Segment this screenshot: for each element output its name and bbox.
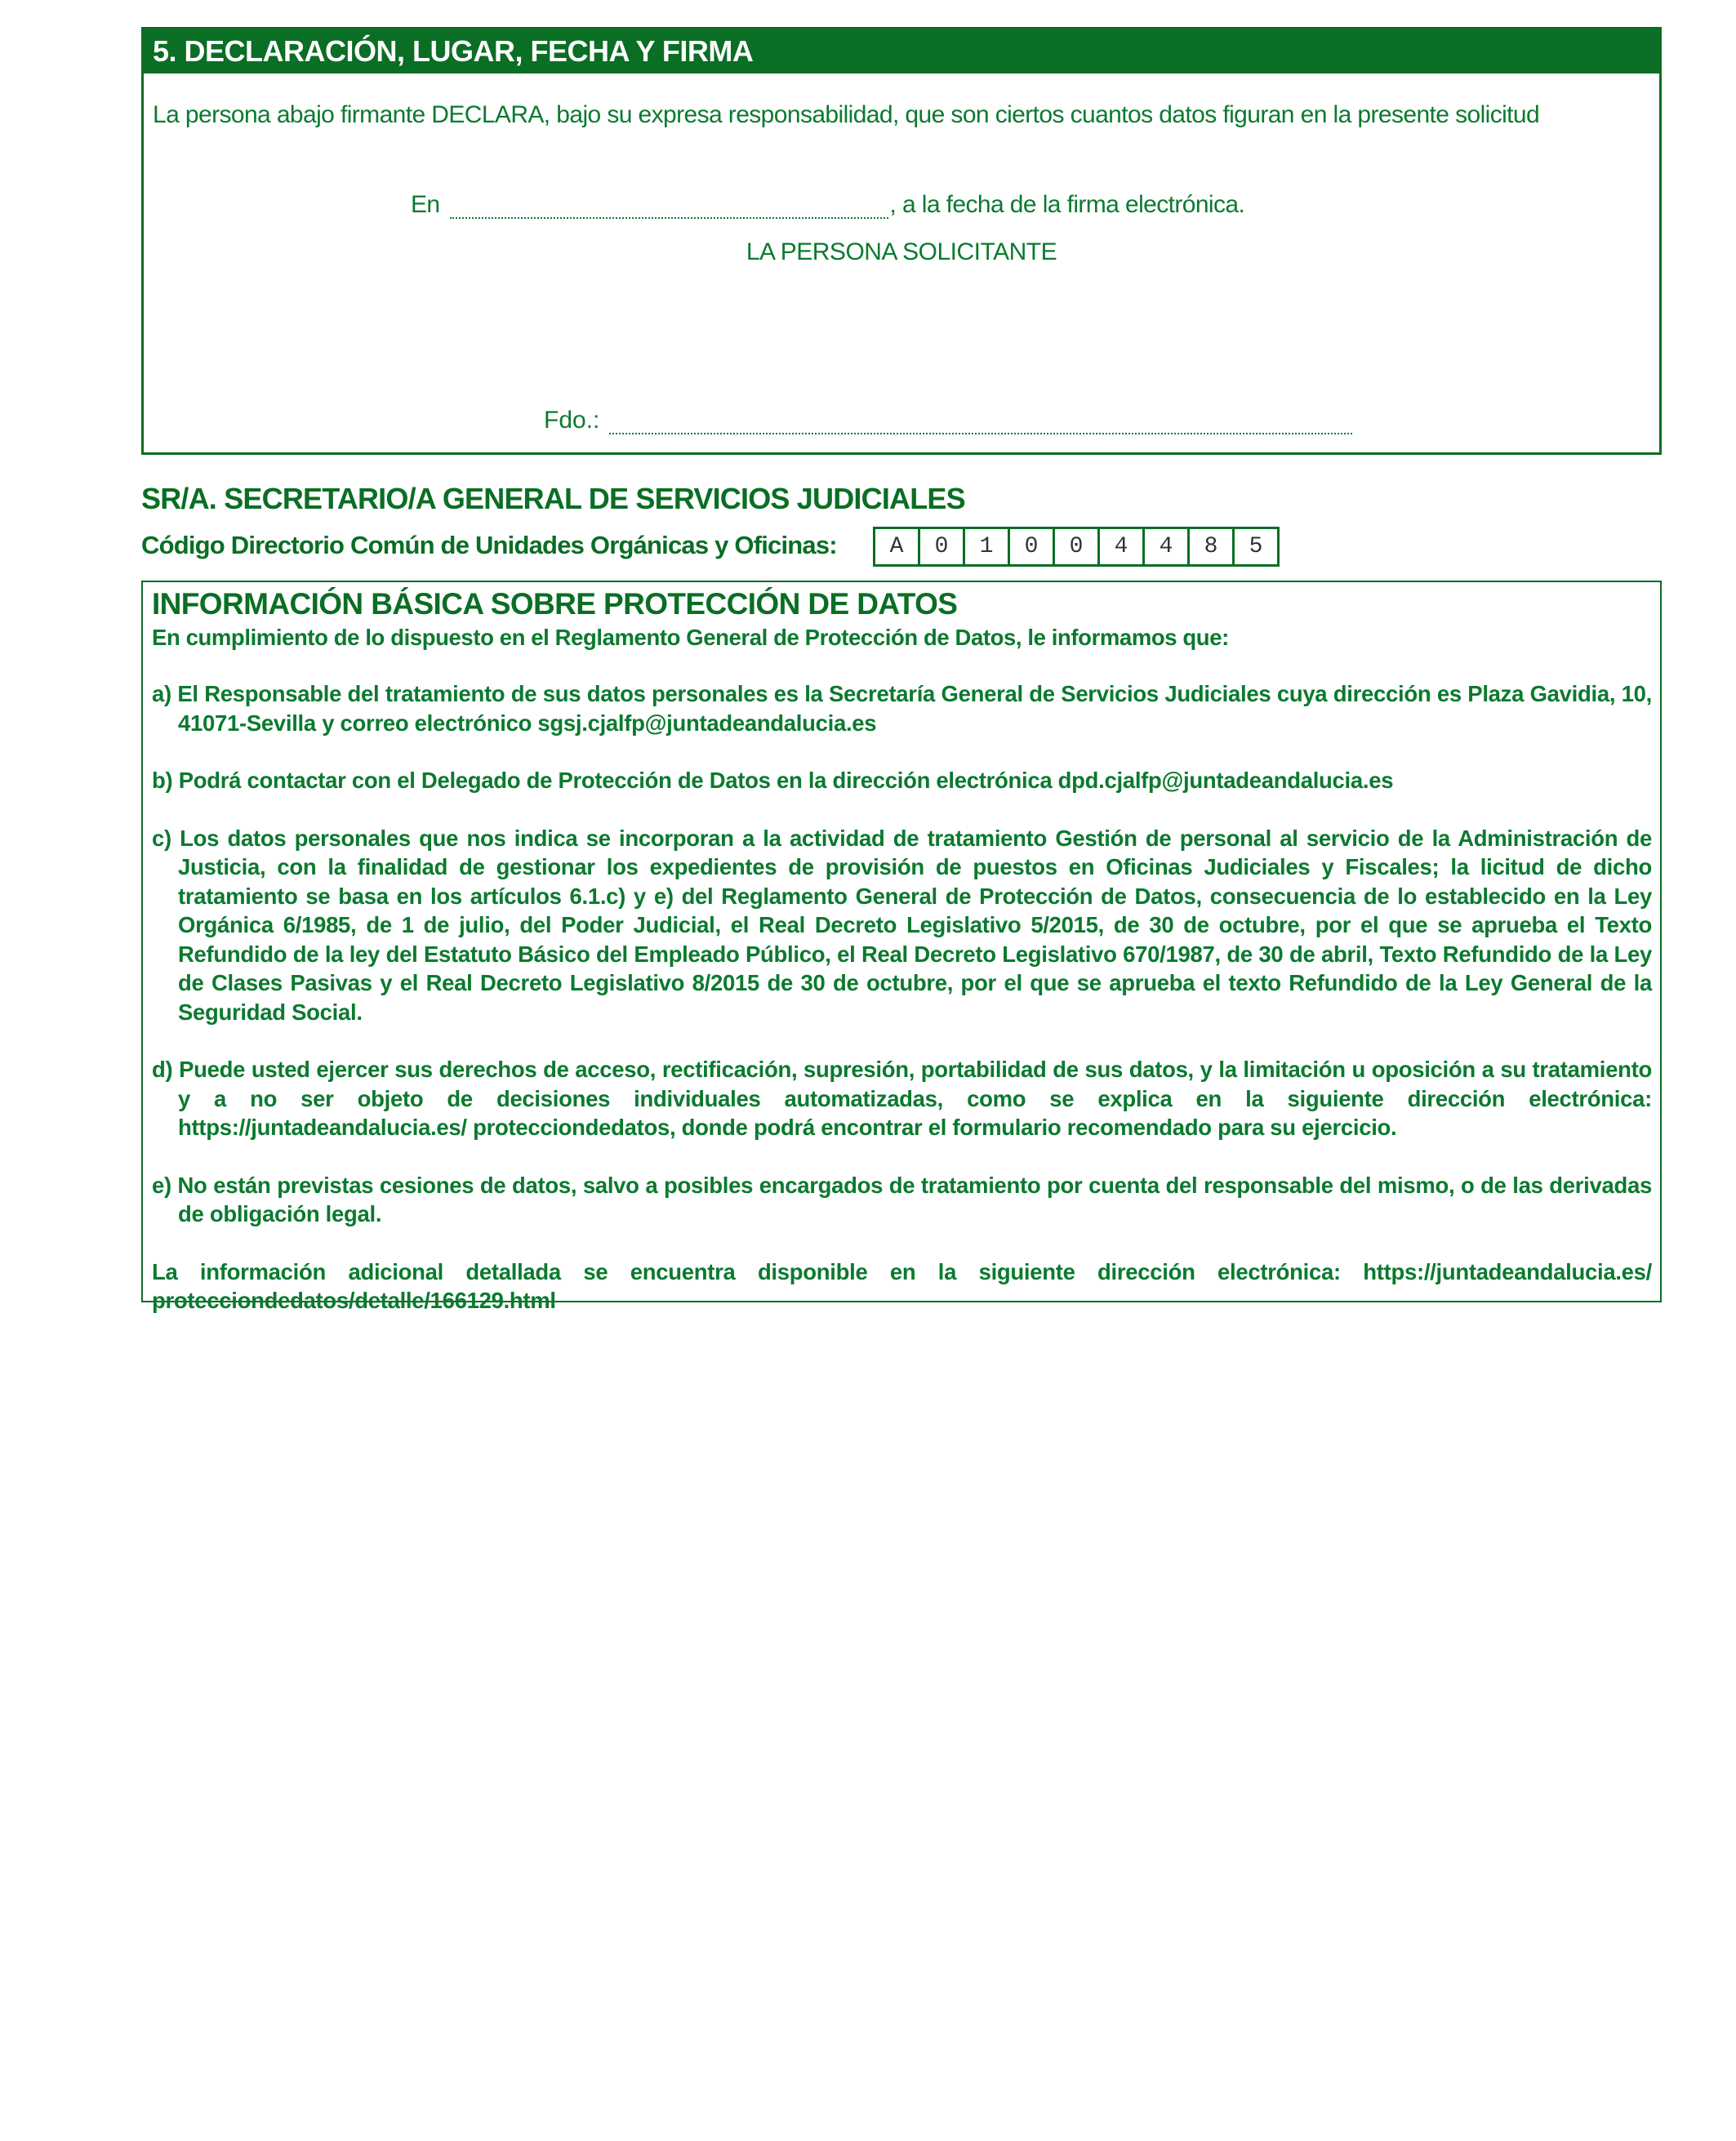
place-field[interactable] <box>450 198 888 219</box>
data-protection-item-a: a) El Responsable del tratamiento de sus… <box>152 679 1652 737</box>
signature-label: Fdo.: <box>544 407 599 434</box>
code-char-box: A <box>875 529 920 564</box>
signature-field[interactable] <box>609 410 1352 434</box>
data-protection-box: INFORMACIÓN BÁSICA SOBRE PROTECCIÓN DE D… <box>141 581 1662 1302</box>
data-protection-item-c: c) Los datos personales que nos indica s… <box>152 824 1652 1027</box>
data-protection-item-d: d) Puede usted ejercer sus derechos de a… <box>152 1055 1652 1142</box>
data-protection-title: INFORMACIÓN BÁSICA SOBRE PROTECCIÓN DE D… <box>152 587 1652 621</box>
code-char-box: 0 <box>1010 529 1055 564</box>
declaration-section: 5. DECLARACIÓN, LUGAR, FECHA Y FIRMA La … <box>141 27 1662 455</box>
code-label: Código Directorio Común de Unidades Orgá… <box>141 531 837 560</box>
data-protection-intro: En cumplimiento de lo dispuesto en el Re… <box>152 625 1652 651</box>
code-char-box: 8 <box>1190 529 1235 564</box>
data-protection-item-e: e) No están previstas cesiones de datos,… <box>152 1171 1652 1229</box>
additional-info-line1[interactable]: La información adicional detallada se en… <box>152 1257 1652 1287</box>
data-protection-item-b: b) Podrá contactar con el Delegado de Pr… <box>152 766 1652 795</box>
additional-info-link[interactable]: protecciondedatos/detalle/166129.html <box>152 1286 1652 1315</box>
place-date-line: En, a la fecha de la firma electrónica. <box>411 191 1244 219</box>
section-header: 5. DECLARACIÓN, LUGAR, FECHA Y FIRMA <box>144 29 1659 73</box>
code-char-box: 5 <box>1235 529 1280 564</box>
date-text: , a la fecha de la firma electrónica. <box>890 191 1245 218</box>
additional-info: La información adicional detallada se en… <box>152 1257 1652 1315</box>
code-char-box: 0 <box>1055 529 1100 564</box>
declaration-text: La persona abajo firmante DECLARA, bajo … <box>153 101 1539 129</box>
code-char-box: 1 <box>965 529 1010 564</box>
place-label: En <box>411 191 440 219</box>
signer-title: LA PERSONA SOLICITANTE <box>144 238 1659 266</box>
code-char-box: 4 <box>1100 529 1145 564</box>
signature-line: Fdo.: <box>544 407 1354 434</box>
dir3-code: A01004485 <box>873 527 1280 567</box>
addressee-title: SR/A. SECRETARIO/A GENERAL DE SERVICIOS … <box>141 482 965 516</box>
code-char-box: 4 <box>1145 529 1190 564</box>
code-char-box: 0 <box>920 529 965 564</box>
